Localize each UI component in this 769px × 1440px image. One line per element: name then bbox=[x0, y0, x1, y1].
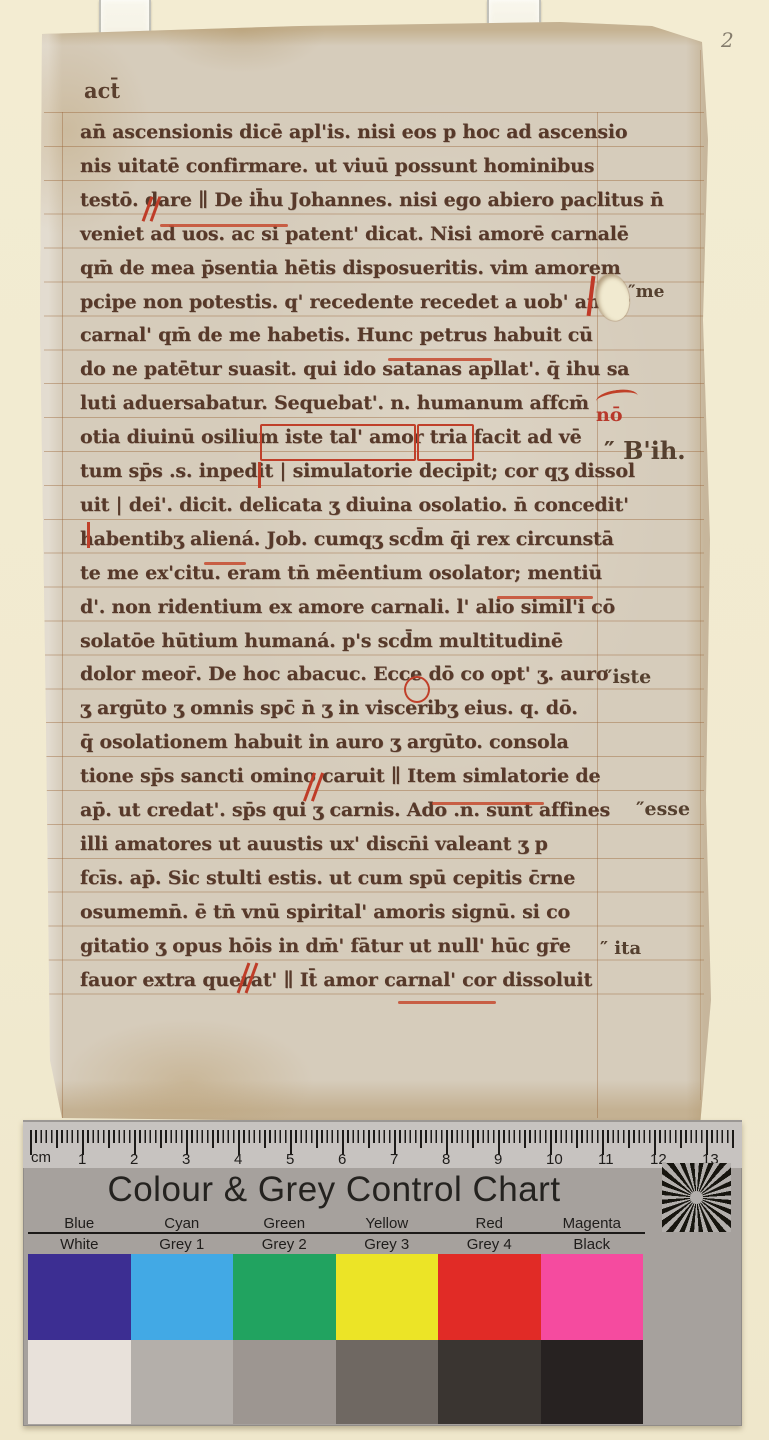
color-name-label: Green bbox=[233, 1215, 336, 1232]
color-name-label: Blue bbox=[28, 1215, 131, 1232]
manuscript-line: qm̄ de mea p̄sentia hētis disposueritis.… bbox=[80, 253, 621, 287]
red-underline bbox=[388, 358, 492, 361]
manuscript-line: testō. dare ∥ De ih̄u Johannes. nisi ego… bbox=[80, 185, 664, 219]
red-paragraph-slash bbox=[146, 196, 158, 222]
red-paragraph-slash bbox=[308, 772, 320, 802]
red-ring bbox=[404, 676, 430, 703]
marginal-note-red: nō bbox=[596, 404, 623, 426]
red-frame bbox=[417, 424, 474, 461]
manuscript-line: dolor meor̄. De hoc abacuc. Ecce dō co o… bbox=[80, 659, 608, 693]
red-underline bbox=[204, 562, 246, 565]
manuscript-line: te me ex'citu. eram tn̄ mēentium osolato… bbox=[80, 558, 602, 592]
manuscript-line: pcipe non potestis. q' recedente recedet… bbox=[80, 287, 629, 321]
ruler-number: 4 bbox=[234, 1151, 242, 1168]
manuscript-line: tione sp̄s sancti omino caruit ∥ Item si… bbox=[80, 761, 600, 795]
manuscript-line: illi amatores ut auustis ux' discn̄i val… bbox=[80, 829, 548, 863]
color-name-label: Red bbox=[438, 1215, 541, 1232]
manuscript-line: nis uitatē confirmare. ut viuū possunt h… bbox=[80, 151, 594, 185]
manuscript-line: ʒ argūto ʒ omnis spc̄ n̄ ʒ in visceribʒ … bbox=[80, 693, 578, 727]
grey-name-label: Grey 3 bbox=[336, 1236, 439, 1253]
red-paragraph-slash bbox=[242, 962, 254, 994]
grey-name-label: Grey 1 bbox=[131, 1236, 234, 1253]
red-underline bbox=[160, 224, 288, 227]
ruler-numbers: 12345678910111213 bbox=[23, 1122, 742, 1168]
red-tick bbox=[87, 522, 90, 548]
grey-swatch bbox=[28, 1340, 131, 1424]
color-swatch bbox=[438, 1254, 541, 1340]
manuscript-line: habentibʒ aliená. Job. cumqʒ scd̄m q̄i r… bbox=[80, 524, 614, 558]
manuscript-line: fcīs. ap̄. Sic stulti estis. ut cum spū … bbox=[80, 863, 575, 897]
manuscript-line: tum sp̄s .s. inpedit | simulatorie decip… bbox=[80, 456, 635, 490]
ruler-number: 8 bbox=[442, 1151, 450, 1168]
grey-name-label: Black bbox=[541, 1236, 644, 1253]
ruler-number: 9 bbox=[494, 1151, 502, 1168]
grey-name-label: Grey 4 bbox=[438, 1236, 541, 1253]
ruler-number: 2 bbox=[130, 1151, 138, 1168]
color-swatch bbox=[541, 1254, 644, 1340]
ruler: cm 12345678910111213 bbox=[23, 1120, 742, 1168]
manuscript-line: carnal' qm̄ de me habetis. Hunc petrus h… bbox=[80, 320, 593, 354]
grey-name-label: White bbox=[28, 1236, 131, 1253]
ruler-number: 3 bbox=[182, 1151, 190, 1168]
color-swatch bbox=[336, 1254, 439, 1340]
color-swatch bbox=[28, 1254, 131, 1340]
red-underline bbox=[398, 1001, 496, 1004]
grey-swatch bbox=[438, 1340, 541, 1424]
manuscript-line: gitatio ʒ opus hōis in dm̄' fātur ut nul… bbox=[80, 931, 571, 965]
colour-grey-control-chart: cm 12345678910111213 Colour & Grey Contr… bbox=[23, 1120, 742, 1426]
marginal-note: ″iste bbox=[604, 666, 651, 688]
ruler-number: 7 bbox=[390, 1151, 398, 1168]
marginal-note: ″esse bbox=[636, 798, 690, 820]
grey-swatch bbox=[233, 1340, 336, 1424]
grey-label-row: WhiteGrey 1Grey 2Grey 3Grey 4Black bbox=[28, 1236, 643, 1253]
grey-swatch-row bbox=[28, 1340, 643, 1424]
color-swatch bbox=[131, 1254, 234, 1340]
grey-swatch bbox=[541, 1340, 644, 1424]
grey-swatch bbox=[131, 1340, 234, 1424]
manuscript-line: uit | dei'. dicit. delicata ʒ diuina oso… bbox=[80, 490, 629, 524]
manuscript-text-block: an̄ ascensionis dicē apl'is. nisi eos p … bbox=[80, 117, 610, 1017]
marginal-note: ″me bbox=[628, 282, 664, 302]
chart-title: Colour & Grey Control Chart bbox=[23, 1170, 645, 1210]
digitized-manuscript-photo: Fragm. lat. 226 2 act̄ an̄ ascensionis d… bbox=[0, 0, 769, 1440]
grey-swatch bbox=[336, 1340, 439, 1424]
marginal-note: ″ ita bbox=[600, 938, 641, 959]
manuscript-line: do ne patētur suasit. qui ido satanas ap… bbox=[80, 354, 629, 388]
color-name-label: Cyan bbox=[131, 1215, 234, 1232]
manuscript-line: ap̄. ut credat'. sp̄s qui ʒ carnis. Ado … bbox=[80, 795, 610, 829]
color-swatch-row bbox=[28, 1254, 643, 1340]
manuscript-line: an̄ ascensionis dicē apl'is. nisi eos p … bbox=[80, 117, 627, 151]
red-frame bbox=[260, 424, 416, 461]
siemens-star-icon bbox=[662, 1163, 731, 1232]
label-divider-line bbox=[28, 1232, 645, 1234]
ruler-number: 5 bbox=[286, 1151, 294, 1168]
manuscript-line: solatōe hūtium humaná. p's scd̄m multitu… bbox=[80, 626, 563, 660]
ruler-number: 6 bbox=[338, 1151, 346, 1168]
color-name-label: Yellow bbox=[336, 1215, 439, 1232]
manuscript-line: osumemn̄. ē tn̄ vnū spirital' amoris sig… bbox=[80, 897, 570, 931]
ruler-number: 10 bbox=[546, 1151, 563, 1168]
red-underline bbox=[497, 596, 593, 599]
ruling-line-vertical-left bbox=[62, 112, 63, 1118]
page-number: 2 bbox=[721, 28, 734, 52]
manuscript-line: q̄ osolationem habuit in auro ʒ argūto. … bbox=[80, 727, 569, 761]
manuscript-line: fauor extra querat' ∥ It̄ amor carnal' c… bbox=[80, 965, 592, 999]
color-swatch bbox=[233, 1254, 336, 1340]
red-underline bbox=[432, 802, 544, 805]
ruler-number: 1 bbox=[78, 1151, 86, 1168]
manuscript-line: luti aduersabatur. Sequebat'. n. humanum… bbox=[80, 388, 589, 422]
quire-mark: act̄ bbox=[84, 78, 120, 103]
color-name-label: Magenta bbox=[541, 1215, 644, 1232]
red-tick bbox=[258, 462, 261, 488]
color-label-row: BlueCyanGreenYellowRedMagenta bbox=[28, 1215, 643, 1232]
grey-name-label: Grey 2 bbox=[233, 1236, 336, 1253]
marginal-note: ″ B'ih. bbox=[604, 436, 686, 465]
ruler-number: 11 bbox=[598, 1151, 614, 1168]
ruling-line-vertical-edge bbox=[700, 50, 701, 1100]
